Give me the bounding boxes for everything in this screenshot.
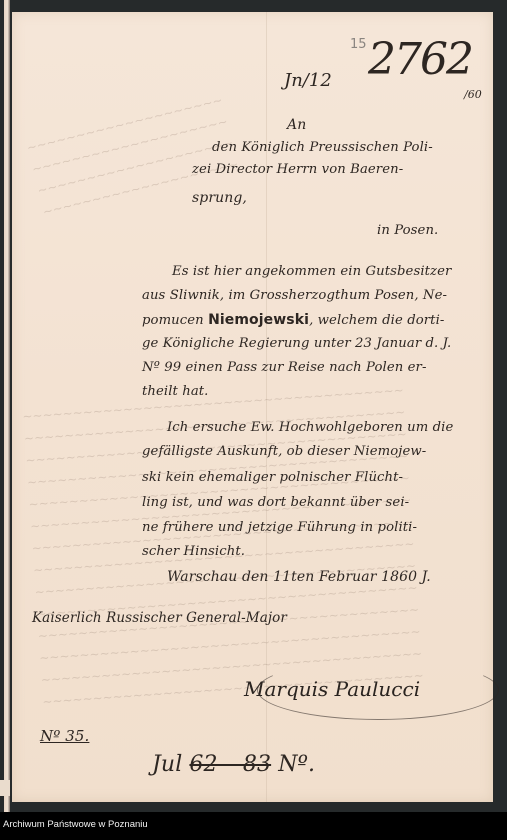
body-line: ski kein ehemaliger polnischer Flücht- (142, 470, 403, 485)
address-city: in Posen. (377, 223, 438, 238)
archive-caption: Archiwum Państwowe w Poznaniu (3, 819, 148, 830)
address-line: den Königlich Preussischen Poli- (212, 140, 433, 155)
body-text: , welchem die dorti- (309, 313, 444, 328)
date-line: Warschau den 11ten Februar 1860 J. (167, 569, 431, 585)
reference-suffix: /60 (464, 88, 482, 101)
page-tab (0, 780, 10, 796)
journal-struck-numbers: 62 – 83 (189, 752, 271, 777)
body-text: pomucen (142, 313, 204, 328)
surname: Niemojewski (208, 312, 309, 328)
salutation: An (287, 117, 306, 133)
document-number-note: Nº 35. (40, 727, 89, 745)
body-line: scher Hinsicht. (142, 544, 245, 559)
body-line: ge Königliche Regierung unter 23 Januar … (142, 336, 451, 351)
body-line: ne frühere und jetzige Führung in politi… (142, 520, 417, 535)
adjacent-page-edge (4, 0, 10, 812)
signature-flourish (257, 660, 499, 720)
journal-suffix: Nº. (278, 752, 315, 777)
reference-prefix: Jn/12 (284, 70, 332, 91)
address-line: zei Director Herrn von Baeren- (192, 162, 403, 177)
scan-frame: ~~~~~~~~~~~~~~~~~~~~~~~~~~~~~~~~~~~~~~ ~… (0, 0, 507, 812)
body-line: ling ist, und was dort bekannt über sei- (142, 495, 409, 510)
pencil-note: 15 (350, 37, 367, 52)
body-line: Ich ersuche Ew. Hochwohlgeboren um die (167, 420, 453, 435)
document-page: ~~~~~~~~~~~~~~~~~~~~~~~~~~~~~~~~~~~~~~ ~… (12, 12, 493, 802)
body-line: gefälligste Auskunft, ob dieser Niemojew… (142, 444, 426, 459)
body-line: theilt hat. (142, 384, 208, 399)
body-line: pomucen Niemojewski, welchem die dorti- (142, 312, 444, 328)
address-line: sprung, (192, 190, 247, 206)
body-line: Nº 99 einen Pass zur Reise nach Polen er… (142, 360, 427, 375)
journal-prefix: Jul (152, 752, 182, 777)
body-line: Es ist hier angekommen ein Gutsbesitzer (172, 264, 451, 279)
reference-number: 2762 (368, 34, 472, 85)
body-line: aus Sliwnik, im Grossherzogthum Posen, N… (142, 288, 447, 303)
journal-note: Jul 62 – 83 Nº. (152, 752, 315, 777)
archive-caption-bar: Archiwum Państwowe w Poznaniu (0, 812, 507, 840)
signatory-title: Kaiserlich Russischer General-Major (32, 610, 287, 626)
